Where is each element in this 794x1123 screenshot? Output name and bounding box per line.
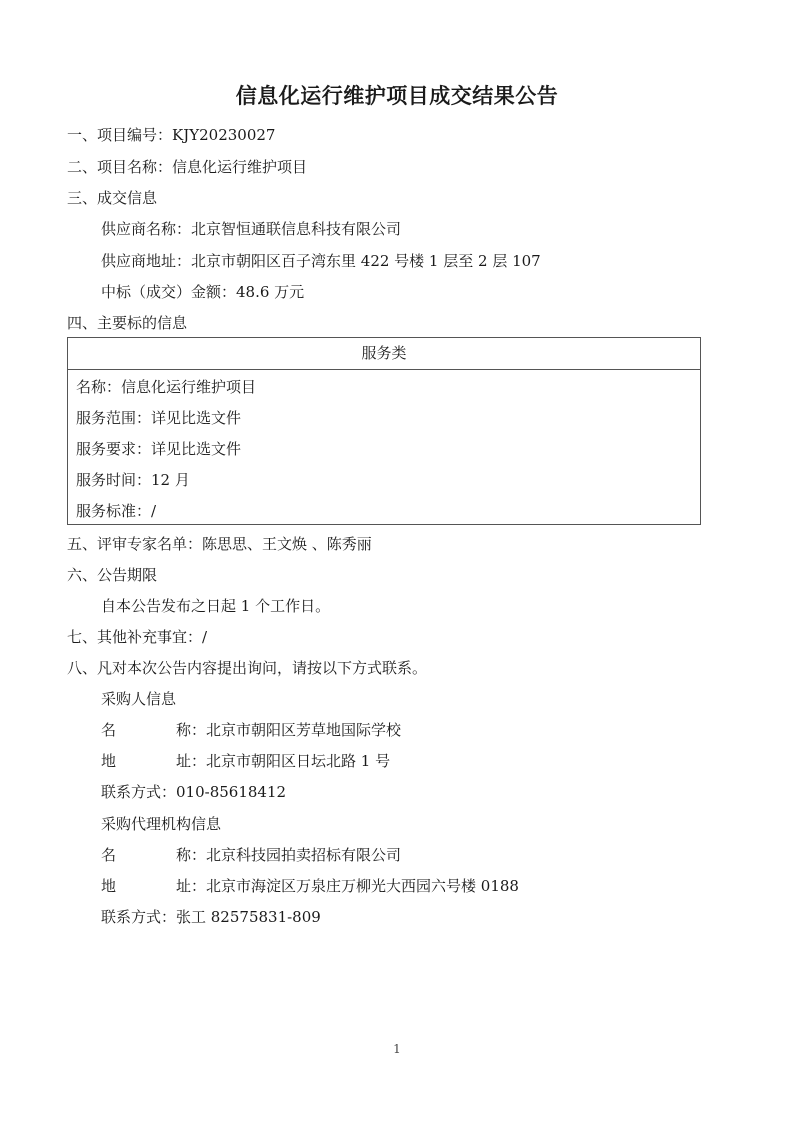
purchaser-heading: 采购人信息 [101,689,176,709]
label: 地 [101,877,116,895]
deal-amount: 中标（成交）金额：48.6 万元 [101,282,304,302]
label: 称： [176,846,206,864]
purchaser-address: 地址：北京市朝阳区日坛北路 1 号 [101,751,390,771]
section-heading-notice-period: 六、公告期限 [67,565,157,585]
agency-address: 地址：北京市海淀区万泉庄万柳光大西园六号楼 0188 [101,876,519,896]
label: 名 [101,846,116,864]
table-row: 服务时间：12 月 [76,470,190,490]
table-header: 服务类 [68,338,700,370]
other-matters: 七、其他补充事宜：/ [67,627,207,647]
subject-info-table: 服务类 名称：信息化运行维护项目 服务范围：详见比选文件 服务要求：详见比选文件… [67,337,701,525]
section-heading-deal-info: 三、成交信息 [67,188,157,208]
section-heading-subject-info: 四、主要标的信息 [67,313,187,333]
purchaser-name: 名称：北京市朝阳区芳草地国际学校 [101,720,401,740]
value: 北京市朝阳区芳草地国际学校 [206,721,401,739]
value: 北京市朝阳区日坛北路 1 号 [206,752,390,770]
expert-list: 五、评审专家名单：陈思思、王文焕 、陈秀丽 [67,534,372,554]
label: 址： [176,877,206,895]
agency-contact: 联系方式：张工 82575831-809 [101,907,321,927]
project-number: 一、项目编号：KJY20230027 [67,125,275,145]
section-heading-contact: 八、凡对本次公告内容提出询问，请按以下方式联系。 [67,658,427,678]
supplier-name: 供应商名称：北京智恒通联信息科技有限公司 [101,219,401,239]
purchaser-contact: 联系方式：010-85618412 [101,782,286,802]
table-row: 服务范围：详见比选文件 [76,408,241,428]
value: 北京市海淀区万泉庄万柳光大西园六号楼 0188 [206,877,519,895]
supplier-address: 供应商地址：北京市朝阳区百子湾东里 422 号楼 1 层至 2 层 107 [101,251,541,271]
agency-heading: 采购代理机构信息 [101,814,221,834]
agency-name: 名称：北京科技园拍卖招标有限公司 [101,845,401,865]
table-row: 名称：信息化运行维护项目 [76,377,256,397]
label: 地 [101,752,116,770]
label: 名 [101,721,116,739]
value: 北京科技园拍卖招标有限公司 [206,846,401,864]
notice-period-text: 自本公告发布之日起 1 个工作日。 [101,596,330,616]
table-row: 服务要求：详见比选文件 [76,439,241,459]
label: 址： [176,752,206,770]
page-title: 信息化运行维护项目成交结果公告 [0,80,794,110]
project-name: 二、项目名称：信息化运行维护项目 [67,157,307,177]
table-row: 服务标准：/ [76,501,156,521]
page-number: 1 [0,1042,794,1056]
label: 称： [176,721,206,739]
